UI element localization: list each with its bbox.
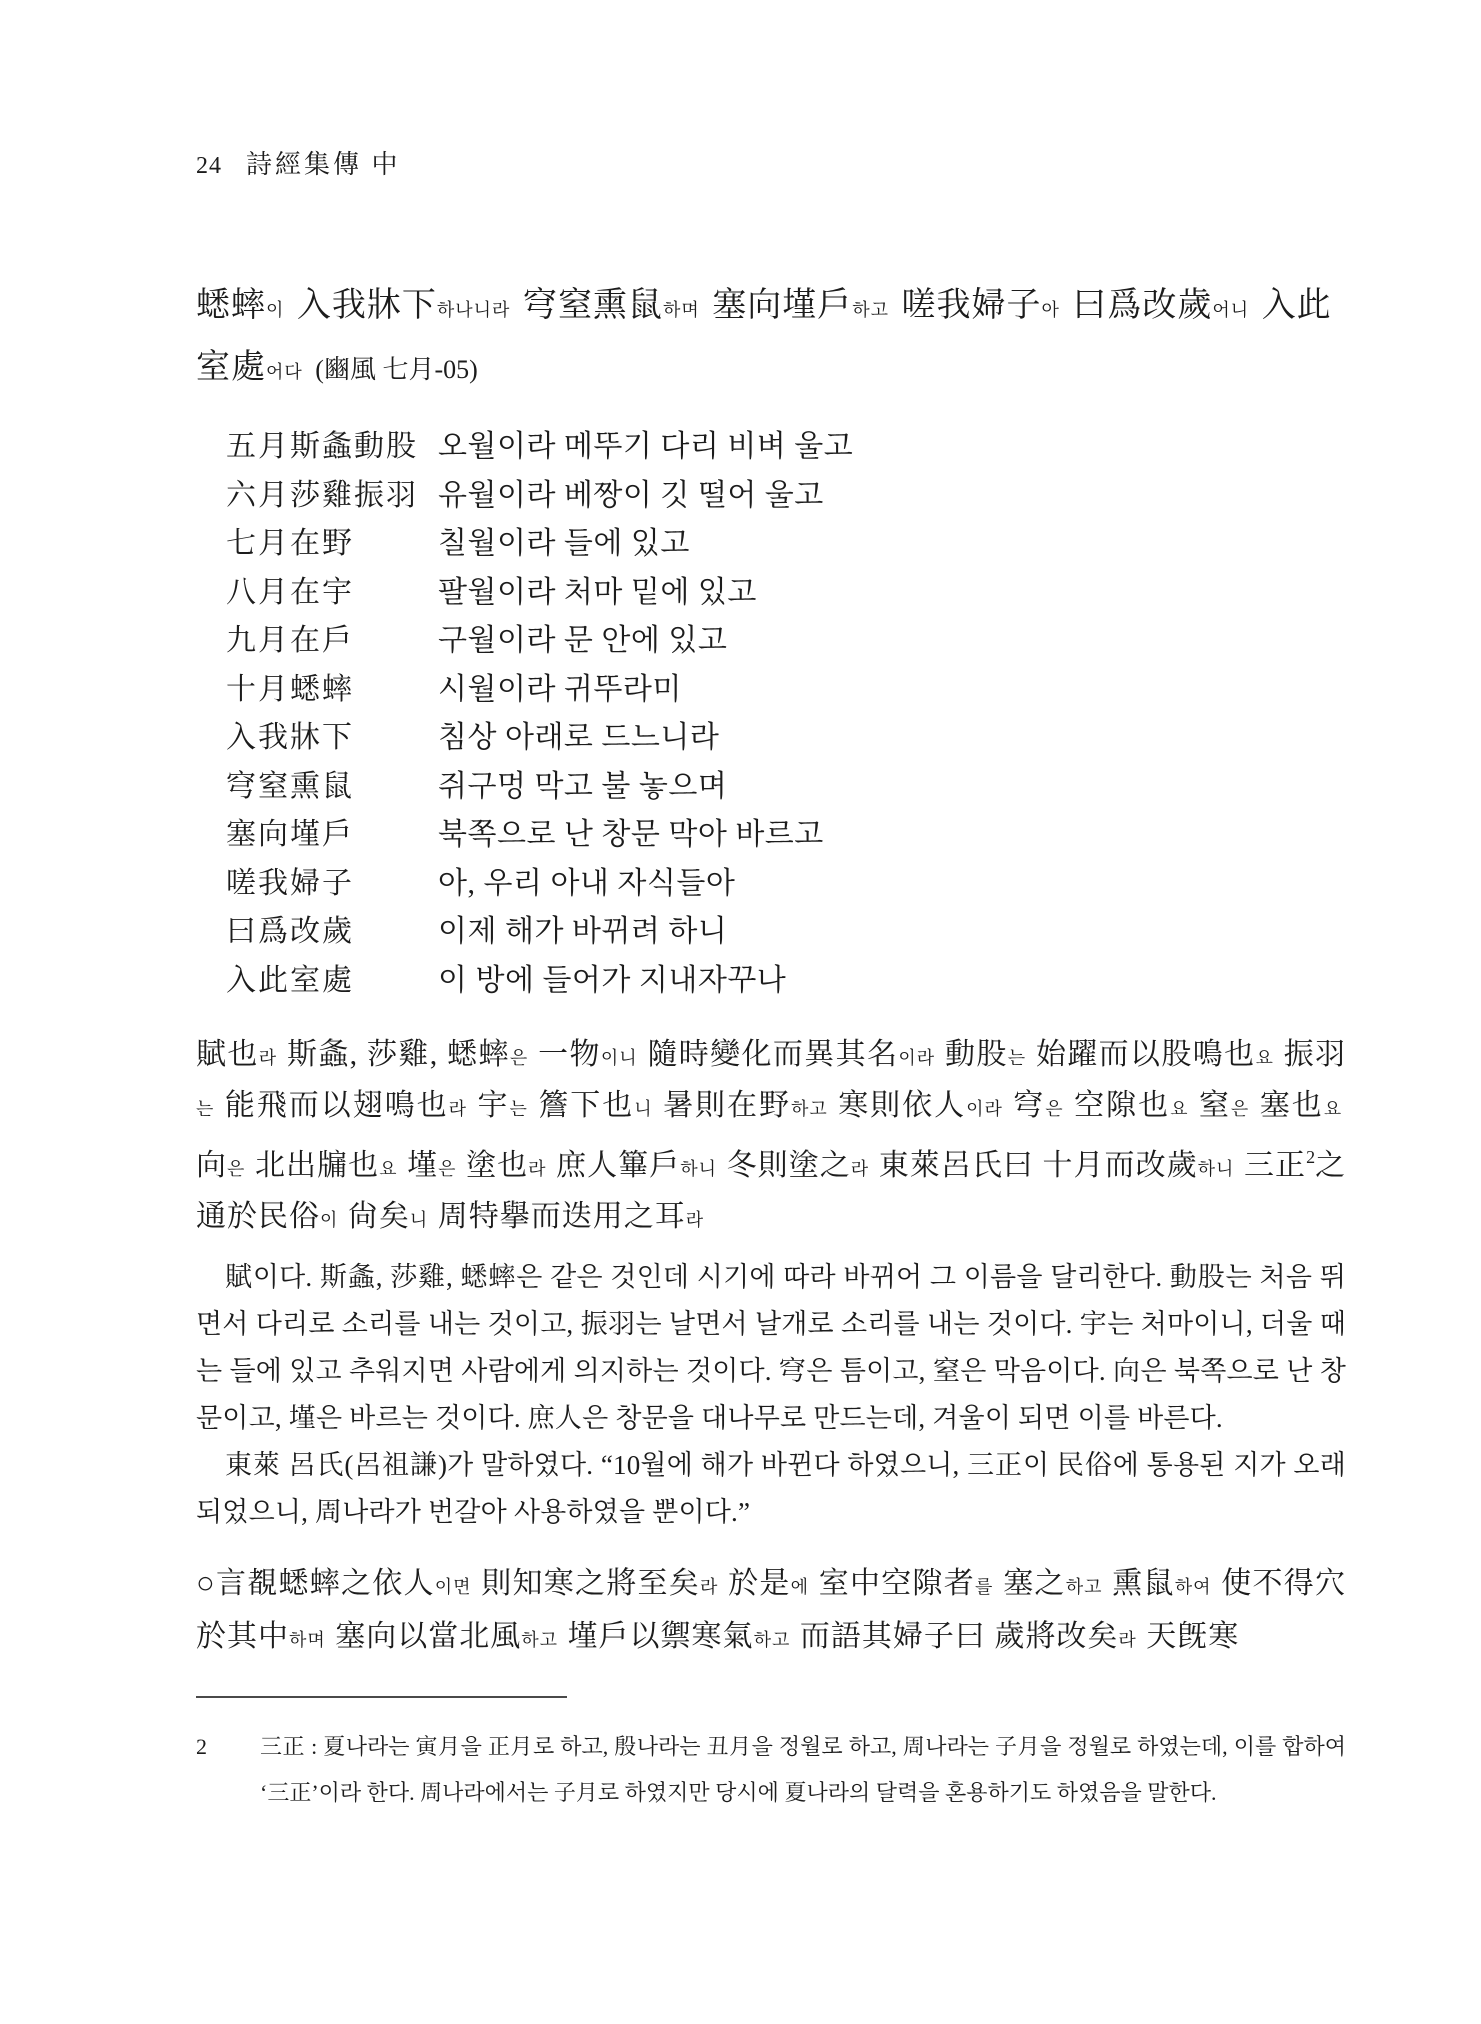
poem-line-hanja: 十月蟋蟀 xyxy=(226,664,438,708)
poem-line-korean: 아, 우리 아내 자식들아 xyxy=(438,858,735,902)
korean-particle: 라 xyxy=(686,1210,704,1230)
hanja-run: 塞也 xyxy=(1260,1089,1324,1122)
hanja-run: 東萊呂氏曰 十月而改歲 xyxy=(879,1149,1198,1182)
poem-line: 嗟我婦子 아, 우리 아내 자식들아 xyxy=(226,856,1346,905)
hanja-run: 墐 xyxy=(407,1149,438,1182)
poem-line: 入此室處 이 방에 들어가 지내자꾸나 xyxy=(226,953,1346,1002)
poem-line-hanja: 穹窒熏鼠 xyxy=(226,761,438,805)
hanja-run: 庶人篳戶 xyxy=(556,1149,680,1182)
poem-line-korean: 구월이라 문 안에 있고 xyxy=(438,615,727,659)
hanja-run: 天旣寒 xyxy=(1146,1620,1239,1653)
korean-particle: 라 xyxy=(449,1099,474,1119)
poem-line: 五月斯螽動股 오월이라 메뚜기 다리 비벼 울고 xyxy=(226,419,1346,468)
hanja-run: 暑則在野 xyxy=(663,1089,791,1122)
hanja-run: 而語其婦子曰 歲將改矣 xyxy=(800,1620,1119,1653)
hanja-run: 入我牀下 xyxy=(297,287,437,324)
poem-line-korean: 칠월이라 들에 있고 xyxy=(438,518,690,562)
hanja-run: 簷下也 xyxy=(538,1089,634,1122)
hanja-run: 嗟我婦子 xyxy=(902,287,1042,324)
poem-line-hanja: 塞向墐戶 xyxy=(226,809,438,853)
korean-particle: 라 xyxy=(851,1159,875,1179)
korean-particle: 는 xyxy=(1008,1048,1032,1068)
page-content: 24詩經集傳 中 蟋蟀이 入我牀下하나니라 穹窒熏鼠하며 塞向墐戶하고 嗟我婦子… xyxy=(196,0,1346,1665)
hanja-run: 動股 xyxy=(945,1038,1008,1071)
korean-particle: 하고 xyxy=(521,1630,563,1650)
poem-line-hanja: 五月斯螽動股 xyxy=(226,421,438,465)
hanja-run: 寒則依人 xyxy=(838,1089,966,1122)
commentary-translation-paragraph: 賦이다. 斯螽, 莎雞, 蟋蟀은 같은 것인데 시기에 따라 바뀌어 그 이름을… xyxy=(196,1254,1346,1442)
hanja-run: 向 xyxy=(196,1149,227,1182)
poem-line: 入我牀下 침상 아래로 드느니라 xyxy=(226,710,1346,759)
korean-particle: 은 xyxy=(227,1159,251,1179)
hanja-run: 三正 xyxy=(1244,1149,1306,1182)
korean-particle: 하니 xyxy=(680,1159,722,1179)
hanja-run: 斯螽, 莎雞, 蟋蟀 xyxy=(287,1038,510,1071)
korean-particle: 어다 xyxy=(266,362,308,382)
poem-line: 八月在宇 팔월이라 처마 밑에 있고 xyxy=(226,565,1346,614)
korean-particle: 은 xyxy=(1045,1099,1070,1119)
korean-particle: 라 xyxy=(259,1048,283,1068)
hanja-run: 於是 xyxy=(728,1567,791,1600)
hanja-run: 隨時變化而異其名 xyxy=(647,1038,898,1071)
korean-particle: 니 xyxy=(410,1210,434,1230)
footnote-separator xyxy=(196,1696,567,1698)
section-circle-mark: ○ xyxy=(196,1565,216,1600)
korean-particle: 은 xyxy=(438,1159,462,1179)
hanja-run: 言覩蟋蟀之依人 xyxy=(216,1567,435,1600)
poem-line-korean: 침상 아래로 드느니라 xyxy=(438,712,719,756)
hanja-run: 塞之 xyxy=(1003,1567,1066,1600)
hanja-run: 周特擧而迭用之耳 xyxy=(438,1200,686,1233)
korean-particle: 는 xyxy=(196,1099,221,1119)
korean-particle: 요 xyxy=(1170,1099,1195,1119)
hanja-run: 塞向以當北風 xyxy=(335,1620,521,1653)
korean-particle: 라 xyxy=(700,1577,724,1597)
korean-particle: 라 xyxy=(1118,1630,1142,1650)
korean-particle: 에 xyxy=(791,1577,815,1597)
hanja-run: 一物 xyxy=(538,1038,601,1071)
korean-particle: 를 xyxy=(975,1577,999,1597)
hanja-run: 空隙也 xyxy=(1074,1089,1170,1122)
page-header: 24詩經集傳 中 xyxy=(196,150,1346,181)
poem-line-korean: 이 방에 들어가 지내자꾸나 xyxy=(438,955,786,999)
hanja-run: 熏鼠 xyxy=(1112,1567,1175,1600)
book-page: 24詩經集傳 中 蟋蟀이 入我牀下하나니라 穹窒熏鼠하며 塞向墐戶하고 嗟我婦子… xyxy=(0,0,1481,2024)
hanja-run: 塗也 xyxy=(466,1149,528,1182)
hanja-run: 室中空隙者 xyxy=(819,1567,975,1600)
poem-line-korean: 북쪽으로 난 창문 막아 바르고 xyxy=(438,809,824,853)
hanja-run: 塞向墐戶 xyxy=(712,287,852,324)
poem-line-hanja: 七月在野 xyxy=(226,518,438,562)
footnote: 2 三正 : 夏나라는 寅月을 正月로 하고, 殷나라는 丑月을 정월로 하고,… xyxy=(196,1724,1346,1816)
korean-particle: 하니 xyxy=(1198,1159,1240,1179)
korean-particle: 니 xyxy=(634,1099,659,1119)
korean-particle: 아 xyxy=(1042,300,1066,320)
hanja-run: 能飛而以翅鳴也 xyxy=(225,1089,449,1122)
korean-particle: 하고 xyxy=(1066,1577,1109,1597)
hanja-run: 穹窒熏鼠 xyxy=(523,287,663,324)
hanja-run: 窒 xyxy=(1199,1089,1231,1122)
poem-line-korean: 시월이라 귀뚜라미 xyxy=(438,664,682,708)
poem-line-hanja: 六月莎雞振羽 xyxy=(226,470,438,514)
poem-line-hanja: 八月在宇 xyxy=(226,567,438,611)
korean-particle: 하고 xyxy=(754,1630,796,1650)
poem-line-hanja: 嗟我婦子 xyxy=(226,858,438,902)
korean-particle: 어니 xyxy=(1212,300,1254,320)
korean-particle: 하며 xyxy=(663,300,705,320)
closing-hanja-paragraph: ○言覩蟋蟀之依人이면 則知寒之將至矣라 於是에 室中空隙者를 塞之하고 熏鼠하여… xyxy=(196,1558,1346,1665)
korean-particle: 요 xyxy=(1255,1048,1279,1068)
korean-particle: 은 xyxy=(510,1048,534,1068)
quote-translation-paragraph: 東萊 呂氏(呂祖謙)가 말하였다. “10월에 해가 바뀐다 하였으니, 三正이… xyxy=(196,1442,1346,1536)
book-title: 詩經集傳 中 xyxy=(246,150,401,179)
korean-particle: 하며 xyxy=(289,1630,331,1650)
hanja-run: 冬則塗之 xyxy=(727,1149,851,1182)
footnote-text: 三正 : 夏나라는 寅月을 正月로 하고, 殷나라는 丑月을 정월로 하고, 周… xyxy=(260,1724,1346,1816)
poem-line-hanja: 九月在戶 xyxy=(226,615,438,659)
korean-particle: 은 xyxy=(1231,1099,1256,1119)
korean-particle: 이 xyxy=(266,300,290,320)
poem-line-korean: 팔월이라 처마 밑에 있고 xyxy=(438,567,757,611)
commentary-hanja-paragraph: 賦也라 斯螽, 莎雞, 蟋蟀은 一物이니 隨時變化而異其名이라 動股는 始躍而以… xyxy=(196,1031,1346,1244)
hanja-run: 北出牖也 xyxy=(255,1149,379,1182)
korean-particle: 요 xyxy=(379,1159,403,1179)
poem-line: 穹窒熏鼠 쥐구멍 막고 불 놓으며 xyxy=(226,759,1346,808)
poem-line-hanja: 入我牀下 xyxy=(226,712,438,756)
hanja-run: 則知寒之將至矣 xyxy=(481,1567,700,1600)
poem-line-korean: 유월이라 베짱이 깃 떨어 울고 xyxy=(438,470,824,514)
korean-particle: 이면 xyxy=(435,1577,478,1597)
korean-particle: 라 xyxy=(528,1159,552,1179)
footnote-ref: 2 xyxy=(1306,1147,1315,1167)
poem-line-hanja: 入此室處 xyxy=(226,955,438,999)
poem-block: 五月斯螽動股 오월이라 메뚜기 다리 비벼 울고 六月莎雞振羽 유월이라 베짱이… xyxy=(226,419,1346,1001)
hanja-run: 墐戶以禦寒氣 xyxy=(568,1620,754,1653)
poem-line: 十月蟋蟀 시월이라 귀뚜라미 xyxy=(226,662,1346,711)
hanja-run: 尙矣 xyxy=(348,1200,410,1233)
korean-particle: 이라 xyxy=(966,1099,1009,1119)
korean-particle: 하나니라 xyxy=(437,300,516,320)
korean-particle: 하고 xyxy=(852,300,894,320)
poem-line: 塞向墐戶 북쪽으로 난 창문 막아 바르고 xyxy=(226,807,1346,856)
poem-line: 曰爲改歲 이제 해가 바뀌려 하니 xyxy=(226,904,1346,953)
hanja-run: 曰爲改歲 xyxy=(1072,287,1212,324)
korean-particle: 이 xyxy=(320,1210,344,1230)
korean-particle: 이니 xyxy=(601,1048,644,1068)
footnote-area: 2 三正 : 夏나라는 寅月을 正月로 하고, 殷나라는 丑月을 정월로 하고,… xyxy=(196,1696,1346,1816)
source-reference: (豳風 七月-05) xyxy=(315,355,477,384)
korean-particle: 는 xyxy=(509,1099,534,1119)
korean-particle: 하고 xyxy=(791,1099,834,1119)
page-number: 24 xyxy=(196,153,222,179)
korean-particle: 하여 xyxy=(1175,1577,1218,1597)
poem-line: 七月在野 칠월이라 들에 있고 xyxy=(226,516,1346,565)
poem-line-korean: 이제 해가 바뀌려 하니 xyxy=(438,906,727,950)
poem-line: 九月在戶 구월이라 문 안에 있고 xyxy=(226,613,1346,662)
poem-line-korean: 쥐구멍 막고 불 놓으며 xyxy=(438,761,727,805)
hanja-run: 宇 xyxy=(477,1089,509,1122)
hanja-run: 振羽 xyxy=(1284,1038,1346,1071)
korean-particle: 이라 xyxy=(898,1048,941,1068)
hanja-run: 賦也 xyxy=(196,1038,259,1071)
hanja-run: 蟋蟀 xyxy=(196,287,266,324)
hanja-run: 穹 xyxy=(1013,1089,1045,1122)
footnote-number: 2 xyxy=(196,1724,260,1816)
scripture-paragraph: 蟋蟀이 入我牀下하나니라 穹窒熏鼠하며 塞向墐戶하고 嗟我婦子아 曰爲改歲어니 … xyxy=(196,277,1346,401)
poem-line-hanja: 曰爲改歲 xyxy=(226,906,438,950)
korean-particle: 요 xyxy=(1324,1099,1342,1119)
poem-line-korean: 오월이라 메뚜기 다리 비벼 울고 xyxy=(438,421,853,465)
hanja-run: 始躍而以股鳴也 xyxy=(1036,1038,1256,1071)
poem-line: 六月莎雞振羽 유월이라 베짱이 깃 떨어 울고 xyxy=(226,468,1346,517)
